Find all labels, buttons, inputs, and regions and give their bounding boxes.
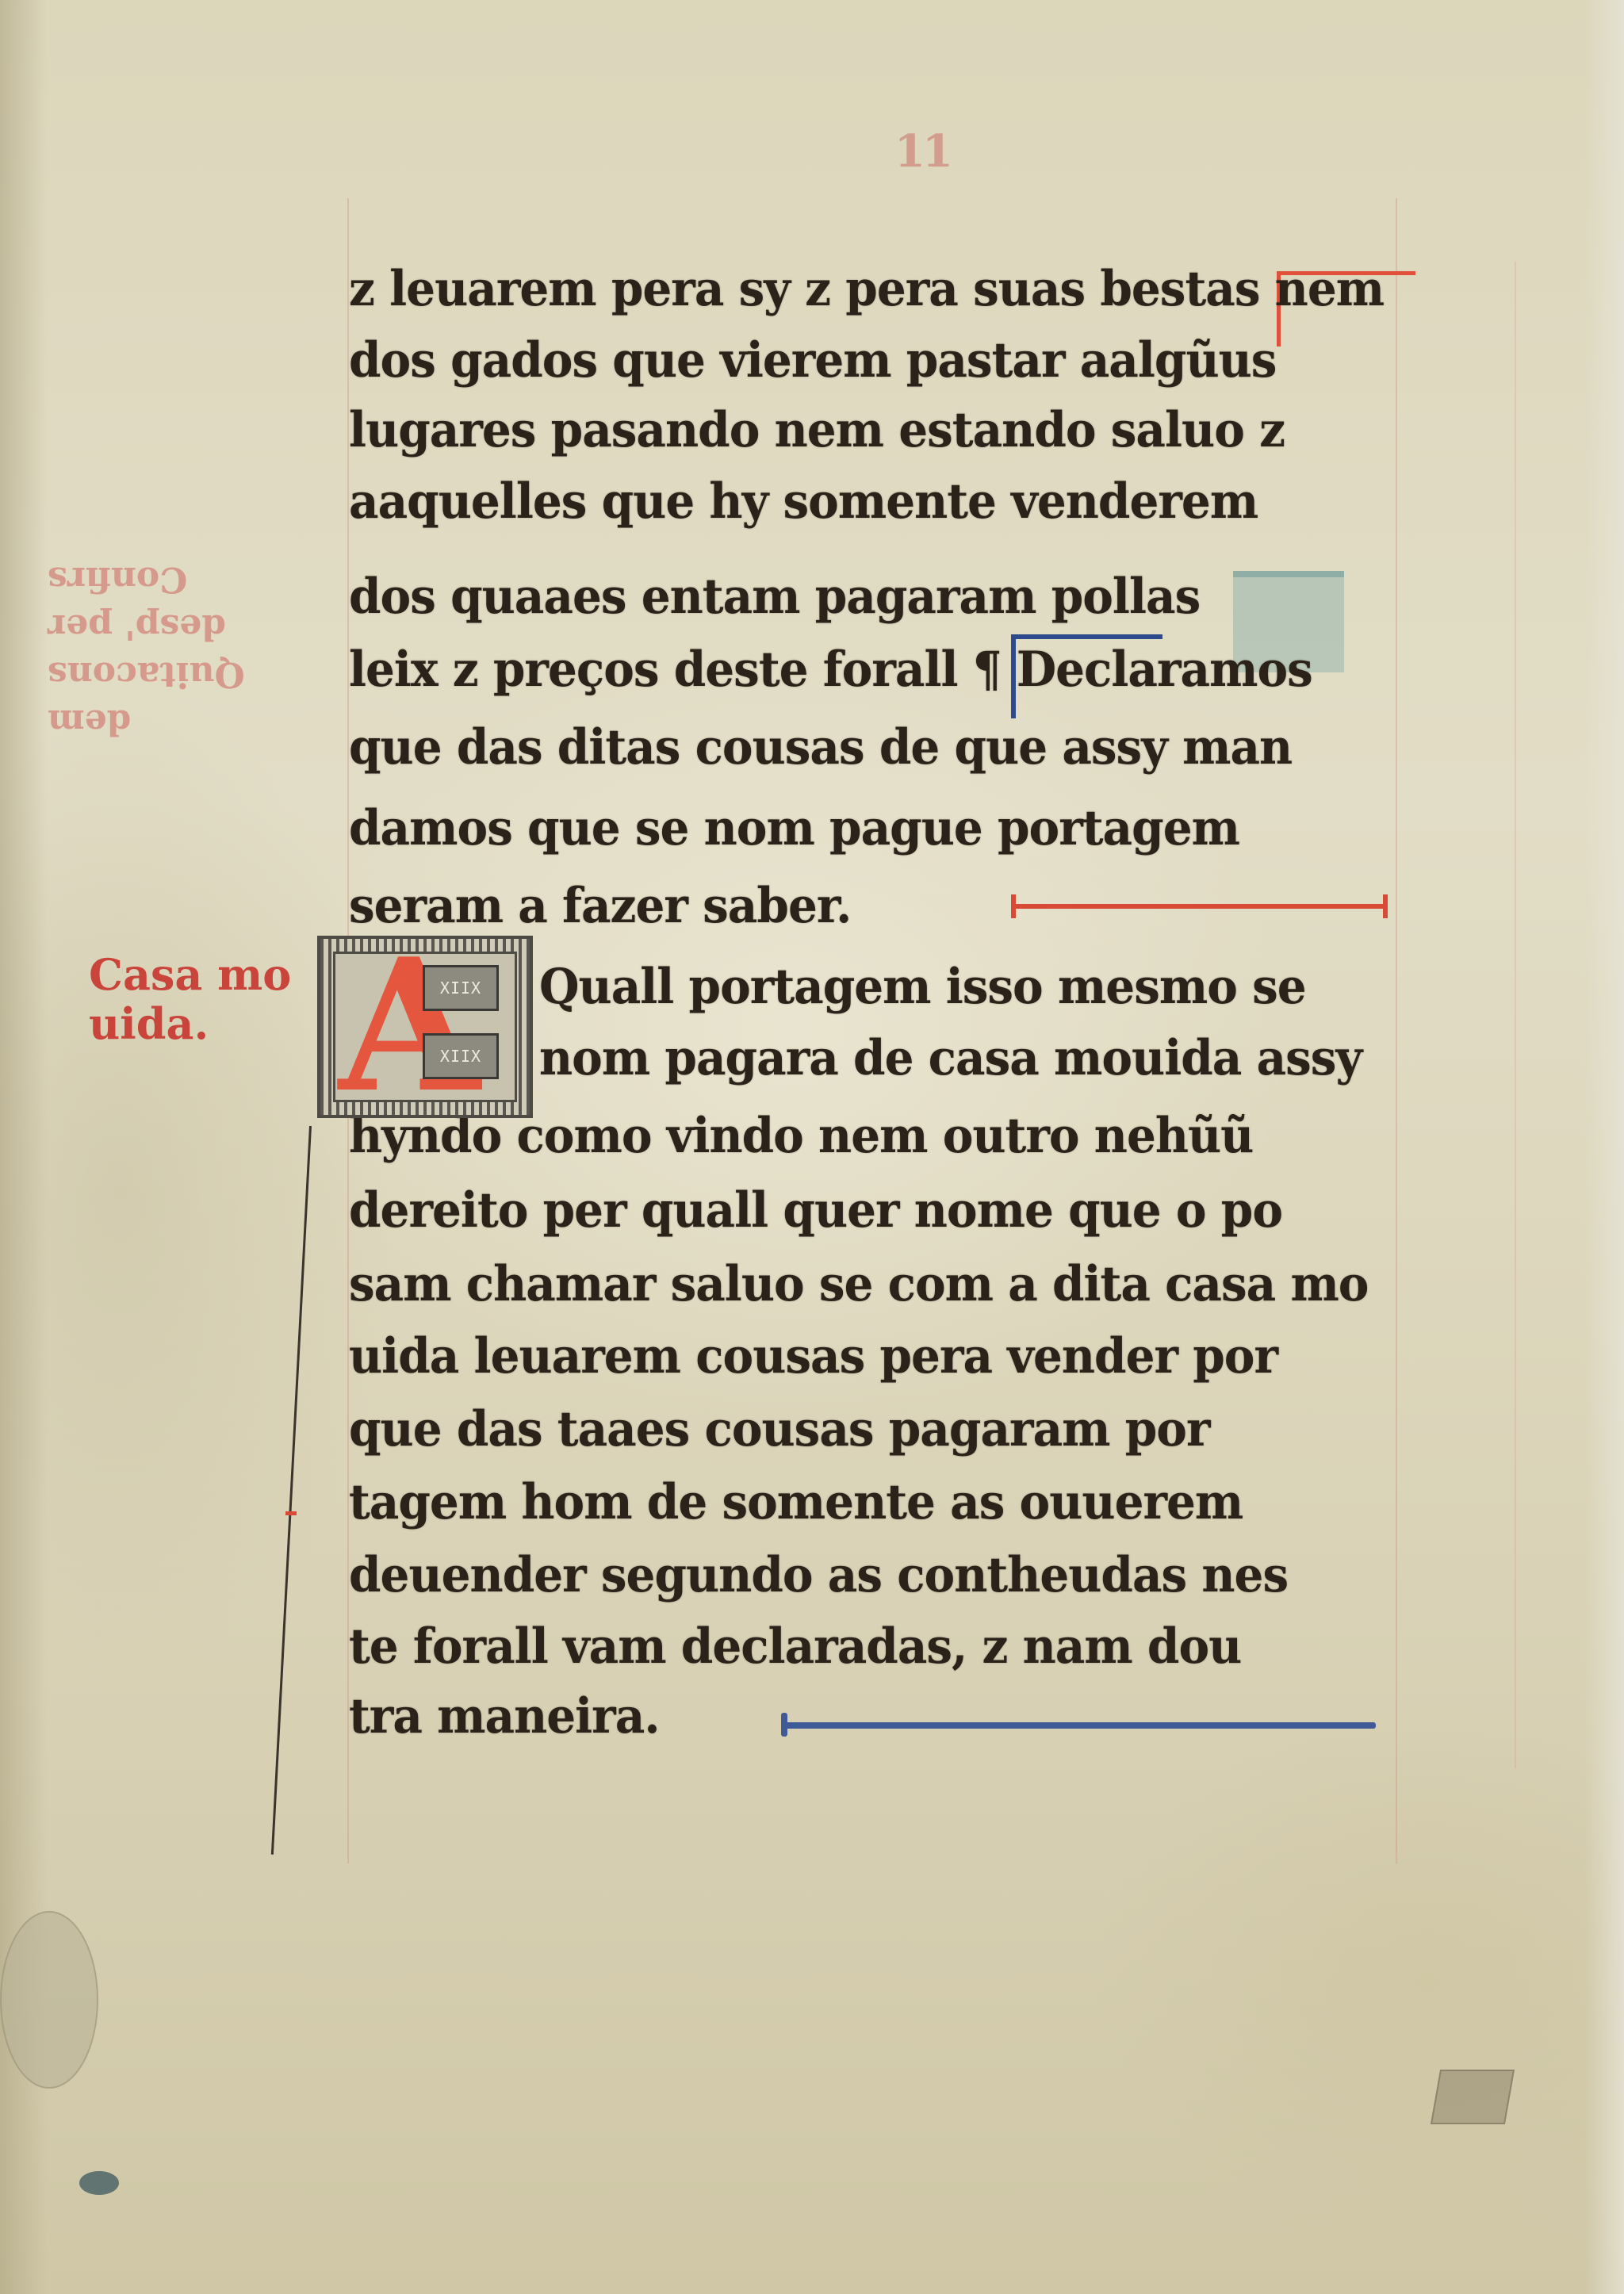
bleed-through-line: desp' per [48, 603, 301, 650]
text-line: deuender segundo as contheudas nes [349, 1546, 1288, 1603]
ruling-line-right [1396, 198, 1397, 1863]
text-line: tra maneira. [349, 1687, 660, 1744]
text-line: aaquelles que hy somente venderem [349, 473, 1258, 529]
folio-number: 11 [894, 125, 950, 178]
text-line: damos que se nom pague portagem [349, 799, 1239, 856]
margin-rubric-line: Casa mo [89, 950, 291, 999]
ruling-line-outer [1515, 262, 1516, 1768]
text-line: lugares pasando nem estando saluo z [349, 401, 1285, 458]
initial-inset-bottom: XIIX [423, 1033, 499, 1079]
initial-letter: A [339, 935, 480, 1117]
line-filler-red-end [1383, 894, 1388, 918]
text-line: z leuarem pera sy z pera suas bestas nem [349, 260, 1384, 316]
text-line: dos gados que vierem pastar aalgũus [349, 331, 1276, 388]
bleed-through-line: dem [48, 698, 301, 745]
pen-flourish-stem [271, 1126, 312, 1855]
text-line: que das ditas cousas de que assy man [349, 718, 1292, 775]
text-line: dos quaaes entam pagaram pollas [349, 568, 1200, 624]
bleed-through-line: Confirs [48, 555, 301, 603]
bleed-through-line: Quitacons [48, 650, 301, 698]
margin-rubric-line: uida. [89, 999, 291, 1048]
text-line: te forall vam declaradas, z nam dou [349, 1618, 1241, 1674]
page-right-edge-light [1584, 0, 1624, 2294]
text-line: dereito per quall quer nome que o po [349, 1181, 1282, 1238]
blue-ink-blot [79, 2171, 119, 2195]
margin-rubric: Casa mo uida. [89, 950, 291, 1048]
text-line: nom pagara de casa mouida assy [539, 1029, 1362, 1086]
line-filler-blue-end [781, 1713, 787, 1737]
water-stain [0, 1911, 98, 2089]
text-line: sam chamar saluo se com a dita casa mo [349, 1255, 1369, 1312]
text-line: que das taaes cousas pagaram por [349, 1400, 1210, 1457]
line-filler-blue [781, 1722, 1376, 1729]
text-line: leix z preços deste forall ¶ Declaramos [349, 641, 1312, 697]
margin-red-tick [285, 1511, 297, 1515]
text-line: tagem hom de somente as ouuerem [349, 1473, 1243, 1530]
line-filler-red-end [1011, 894, 1016, 918]
decorated-initial: A XIIX XIIX [317, 936, 533, 1118]
mirrored-bleed-through-note: dem Quitacons desp' per Confirs [48, 555, 301, 745]
initial-inset-top: XIIX [423, 965, 499, 1011]
parchment-page: 11 z leuarem pera sy z pera suas bestas … [0, 0, 1624, 2294]
initial-frame: A XIIX XIIX [333, 952, 517, 1102]
parchment-tear [1431, 2070, 1515, 2124]
text-line: uida leuarem cousas pera vender por [349, 1327, 1277, 1384]
text-line: Quall portagem isso mesmo se [539, 958, 1306, 1014]
line-filler-red [1011, 904, 1388, 909]
